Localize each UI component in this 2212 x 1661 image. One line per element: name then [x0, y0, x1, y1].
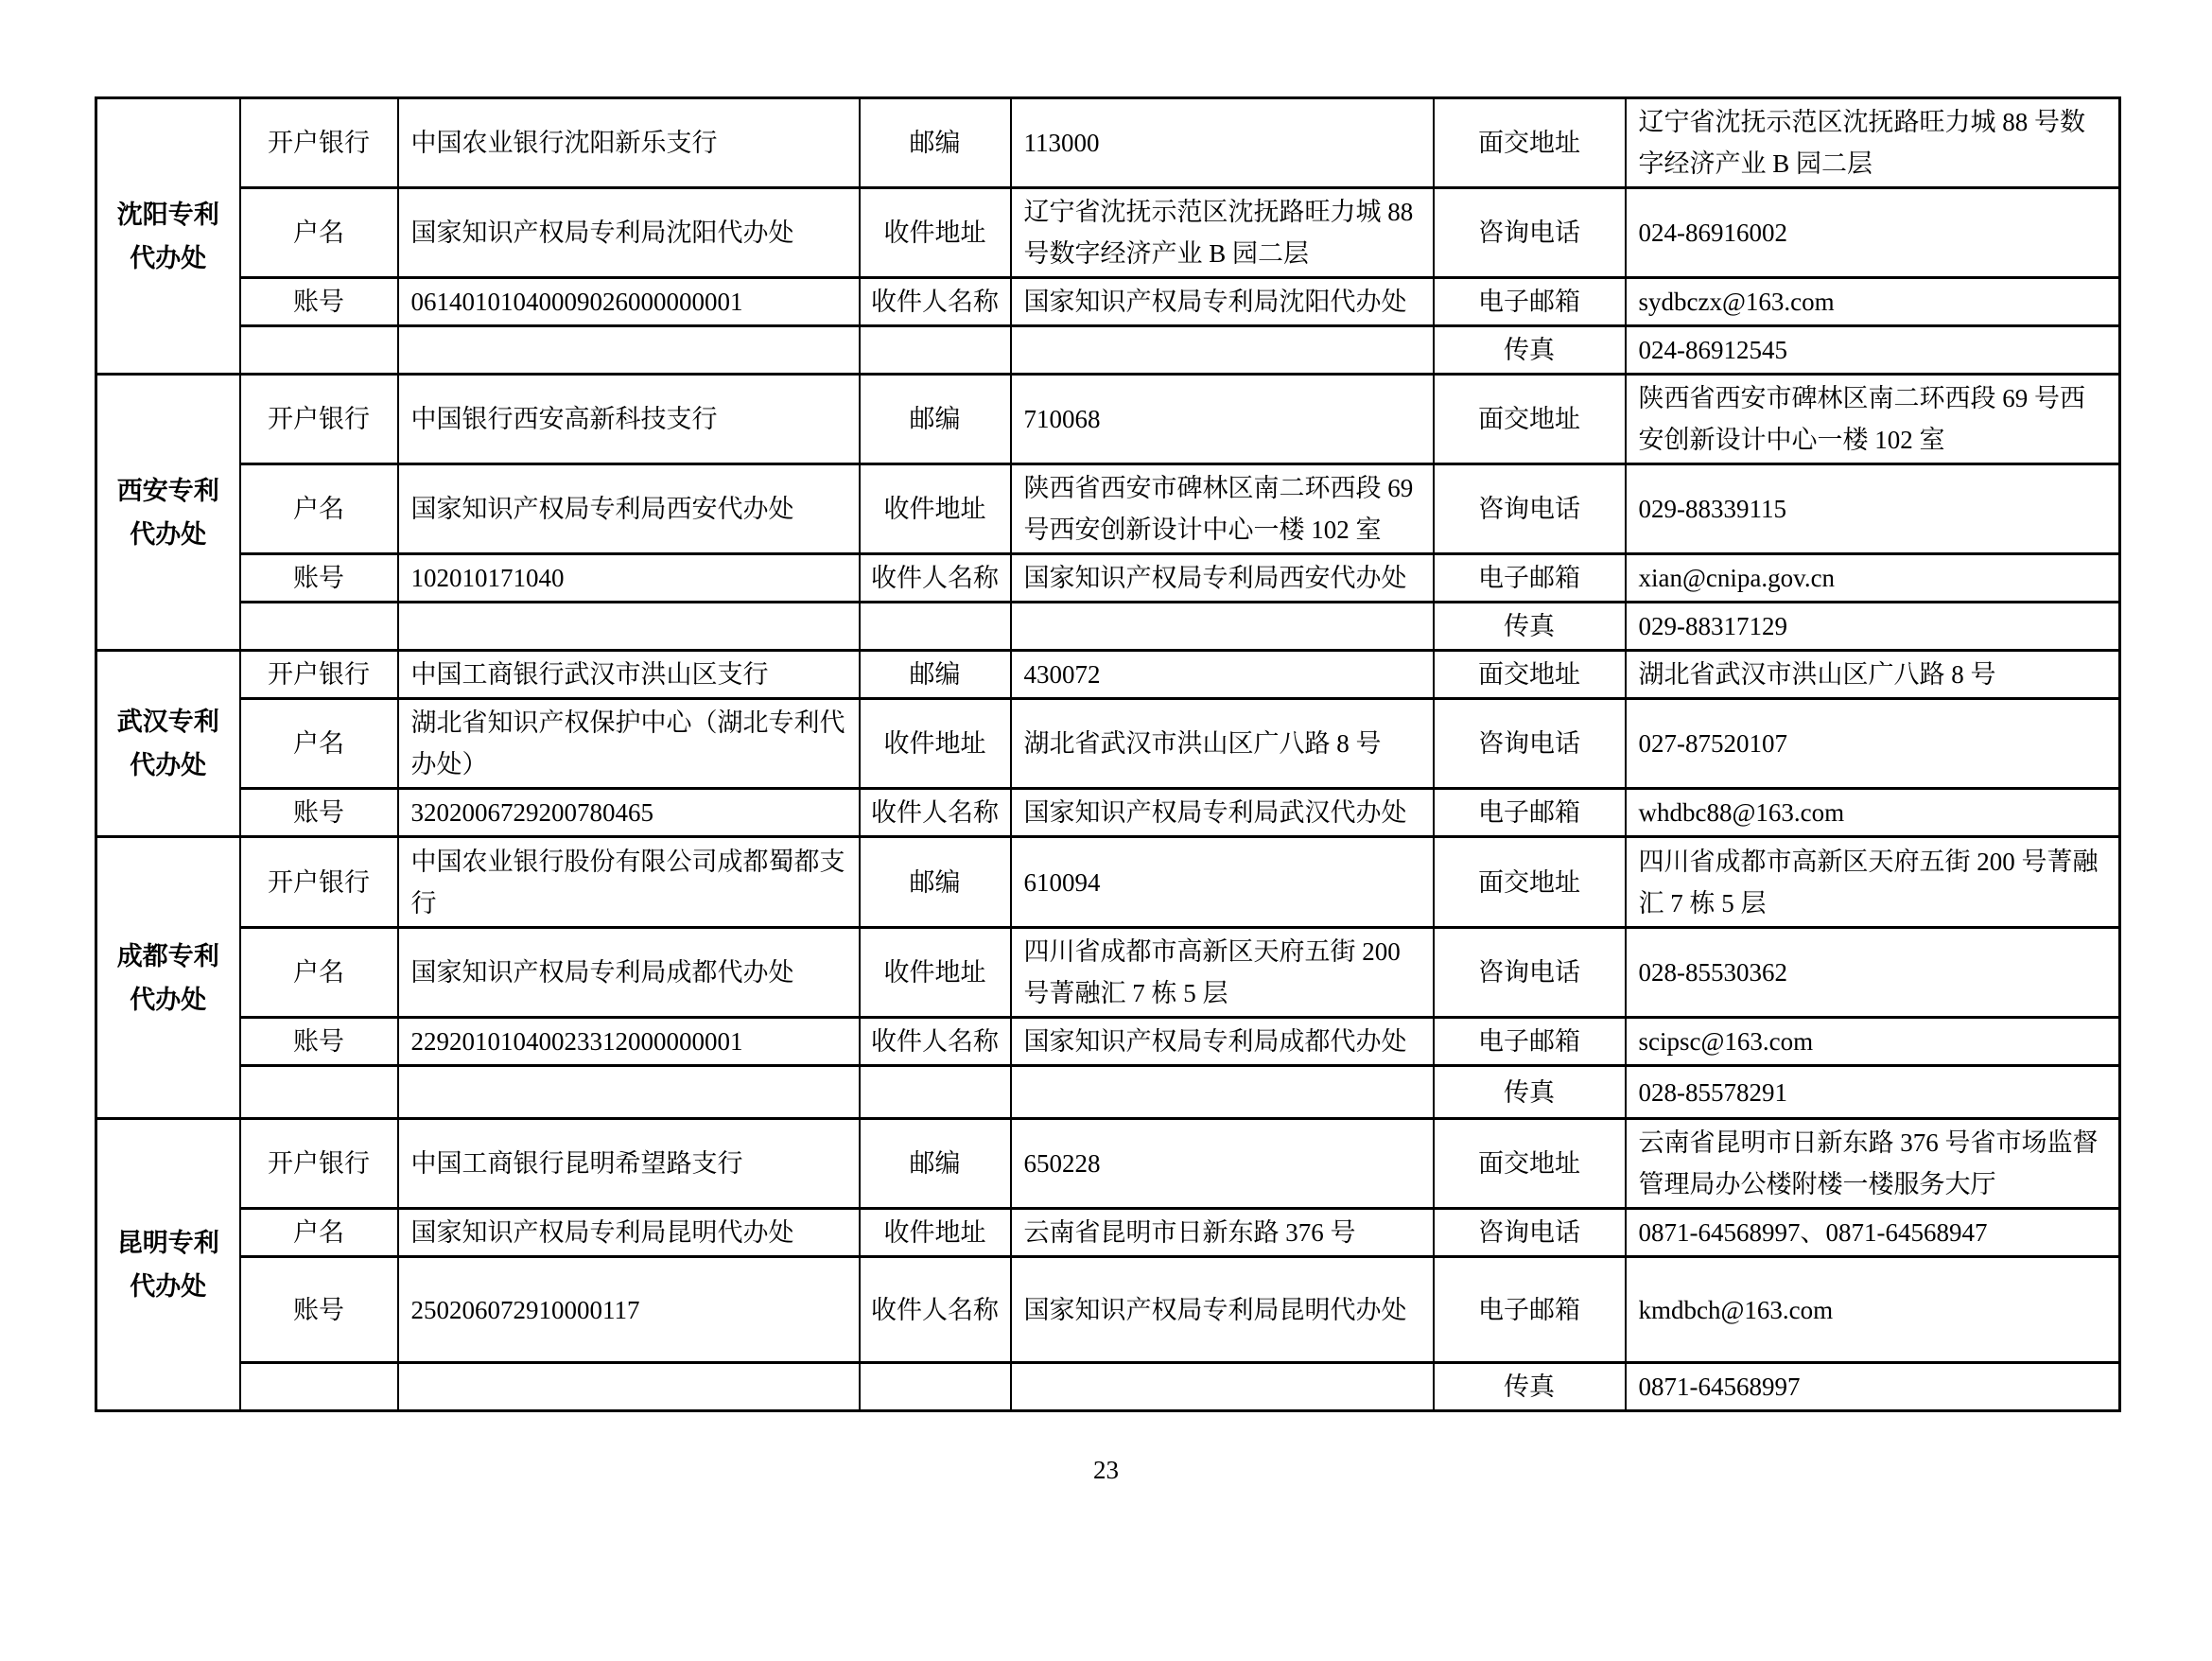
- table-row: 账号 102010171040 收件人名称 国家知识产权局专利局西安代办处 电子…: [96, 554, 2120, 603]
- table-row: 账号 22920101040023312000000001 收件人名称 国家知识…: [96, 1018, 2120, 1066]
- table-row: 传真 028-85578291: [96, 1066, 2120, 1119]
- account-no-value: 22920101040023312000000001: [398, 1018, 860, 1066]
- empty-cell: [860, 1066, 1011, 1119]
- table-row: 户名 国家知识产权局专利局沈阳代办处 收件地址 辽宁省沈抚示范区沈抚路旺力城 8…: [96, 188, 2120, 278]
- email-value: sydbczx@163.com: [1626, 278, 2120, 326]
- bank-value: 中国工商银行昆明希望路支行: [398, 1119, 860, 1209]
- recipient-value: 国家知识产权局专利局武汉代办处: [1011, 789, 1434, 837]
- account-no-label: 账号: [240, 554, 398, 603]
- fax-label: 传真: [1434, 326, 1626, 375]
- visit-address-value: 辽宁省沈抚示范区沈抚路旺力城 88 号数字经济产业 B 园二层: [1626, 98, 2120, 188]
- empty-cell: [860, 603, 1011, 651]
- postal-value: 610094: [1011, 837, 1434, 928]
- visit-address-value: 云南省昆明市日新东路 376 号省市场监督管理局办公楼附楼一楼服务大厅: [1626, 1119, 2120, 1209]
- fax-value: 028-85578291: [1626, 1066, 2120, 1119]
- empty-cell: [1011, 1363, 1434, 1411]
- email-label: 电子邮箱: [1434, 1257, 1626, 1363]
- empty-cell: [860, 1363, 1011, 1411]
- fax-value: 0871-64568997: [1626, 1363, 2120, 1411]
- table-row: 传真 029-88317129: [96, 603, 2120, 651]
- page-number: 23: [0, 1456, 2212, 1484]
- phone-label: 咨询电话: [1434, 188, 1626, 278]
- table-row: 传真 024-86912545: [96, 326, 2120, 375]
- empty-cell: [1011, 603, 1434, 651]
- table-row: 传真 0871-64568997: [96, 1363, 2120, 1411]
- email-value: whdbc88@163.com: [1626, 789, 2120, 837]
- table-row: 户名 国家知识产权局专利局昆明代办处 收件地址 云南省昆明市日新东路 376 号…: [96, 1209, 2120, 1257]
- mail-address-value: 湖北省武汉市洪山区广八路 8 号: [1011, 699, 1434, 789]
- phone-value: 024-86916002: [1626, 188, 2120, 278]
- table-row: 户名 国家知识产权局专利局成都代办处 收件地址 四川省成都市高新区天府五街 20…: [96, 928, 2120, 1018]
- empty-cell: [240, 1066, 398, 1119]
- empty-cell: [240, 603, 398, 651]
- empty-cell: [398, 1066, 860, 1119]
- phone-label: 咨询电话: [1434, 699, 1626, 789]
- fax-label: 传真: [1434, 1066, 1626, 1119]
- mail-address-label: 收件地址: [860, 188, 1011, 278]
- postal-value: 650228: [1011, 1119, 1434, 1209]
- table-row: 户名 湖北省知识产权保护中心（湖北专利代办处） 收件地址 湖北省武汉市洪山区广八…: [96, 699, 2120, 789]
- visit-address-label: 面交地址: [1434, 837, 1626, 928]
- mail-address-label: 收件地址: [860, 1209, 1011, 1257]
- visit-address-value: 四川省成都市高新区天府五街 200 号菁融汇 7 栋 5 层: [1626, 837, 2120, 928]
- account-name-label: 户名: [240, 464, 398, 554]
- mail-address-value: 四川省成都市高新区天府五街 200 号菁融汇 7 栋 5 层: [1011, 928, 1434, 1018]
- account-name-value: 国家知识产权局专利局成都代办处: [398, 928, 860, 1018]
- bank-value: 中国农业银行沈阳新乐支行: [398, 98, 860, 188]
- empty-cell: [398, 603, 860, 651]
- empty-cell: [240, 1363, 398, 1411]
- office-name-wuhan: 武汉专利代办处: [96, 651, 240, 837]
- email-label: 电子邮箱: [1434, 554, 1626, 603]
- empty-cell: [1011, 1066, 1434, 1119]
- mail-address-label: 收件地址: [860, 699, 1011, 789]
- empty-cell: [398, 326, 860, 375]
- office-name-kunming: 昆明专利代办处: [96, 1119, 240, 1411]
- bank-label: 开户银行: [240, 98, 398, 188]
- postal-label: 邮编: [860, 1119, 1011, 1209]
- recipient-label: 收件人名称: [860, 278, 1011, 326]
- postal-label: 邮编: [860, 651, 1011, 699]
- postal-label: 邮编: [860, 98, 1011, 188]
- account-no-value: 3202006729200780465: [398, 789, 860, 837]
- empty-cell: [1011, 326, 1434, 375]
- bank-value: 中国农业银行股份有限公司成都蜀都支行: [398, 837, 860, 928]
- email-value: scipsc@163.com: [1626, 1018, 2120, 1066]
- phone-label: 咨询电话: [1434, 464, 1626, 554]
- phone-value: 029-88339115: [1626, 464, 2120, 554]
- fax-value: 029-88317129: [1626, 603, 2120, 651]
- account-no-label: 账号: [240, 1257, 398, 1363]
- postal-value: 710068: [1011, 375, 1434, 464]
- table-row: 成都专利代办处 开户银行 中国农业银行股份有限公司成都蜀都支行 邮编 61009…: [96, 837, 2120, 928]
- visit-address-label: 面交地址: [1434, 1119, 1626, 1209]
- mail-address-label: 收件地址: [860, 464, 1011, 554]
- bank-value: 中国工商银行武汉市洪山区支行: [398, 651, 860, 699]
- empty-cell: [398, 1363, 860, 1411]
- phone-label: 咨询电话: [1434, 1209, 1626, 1257]
- bank-value: 中国银行西安高新科技支行: [398, 375, 860, 464]
- mail-address-value: 陕西省西安市碑林区南二环西段 69 号西安创新设计中心一楼 102 室: [1011, 464, 1434, 554]
- account-name-label: 户名: [240, 188, 398, 278]
- account-no-label: 账号: [240, 1018, 398, 1066]
- empty-cell: [860, 326, 1011, 375]
- email-value: xian@cnipa.gov.cn: [1626, 554, 2120, 603]
- office-name-xian: 西安专利代办处: [96, 375, 240, 651]
- recipient-label: 收件人名称: [860, 554, 1011, 603]
- recipient-label: 收件人名称: [860, 1018, 1011, 1066]
- table-row: 武汉专利代办处 开户银行 中国工商银行武汉市洪山区支行 邮编 430072 面交…: [96, 651, 2120, 699]
- account-name-label: 户名: [240, 928, 398, 1018]
- phone-value: 027-87520107: [1626, 699, 2120, 789]
- mail-address-value: 云南省昆明市日新东路 376 号: [1011, 1209, 1434, 1257]
- account-name-value: 国家知识产权局专利局昆明代办处: [398, 1209, 860, 1257]
- recipient-value: 国家知识产权局专利局昆明代办处: [1011, 1257, 1434, 1363]
- account-no-value: 250206072910000117: [398, 1257, 860, 1363]
- phone-label: 咨询电话: [1434, 928, 1626, 1018]
- visit-address-value: 陕西省西安市碑林区南二环西段 69 号西安创新设计中心一楼 102 室: [1626, 375, 2120, 464]
- recipient-label: 收件人名称: [860, 1257, 1011, 1363]
- recipient-value: 国家知识产权局专利局成都代办处: [1011, 1018, 1434, 1066]
- office-name-shenyang: 沈阳专利代办处: [96, 98, 240, 375]
- email-label: 电子邮箱: [1434, 1018, 1626, 1066]
- bank-label: 开户银行: [240, 1119, 398, 1209]
- visit-address-label: 面交地址: [1434, 651, 1626, 699]
- postal-value: 430072: [1011, 651, 1434, 699]
- mail-address-value: 辽宁省沈抚示范区沈抚路旺力城 88 号数字经济产业 B 园二层: [1011, 188, 1434, 278]
- account-no-value: 102010171040: [398, 554, 860, 603]
- visit-address-label: 面交地址: [1434, 98, 1626, 188]
- account-no-label: 账号: [240, 789, 398, 837]
- table-row: 西安专利代办处 开户银行 中国银行西安高新科技支行 邮编 710068 面交地址…: [96, 375, 2120, 464]
- bank-label: 开户银行: [240, 837, 398, 928]
- bank-label: 开户银行: [240, 375, 398, 464]
- table-row: 沈阳专利代办处 开户银行 中国农业银行沈阳新乐支行 邮编 113000 面交地址…: [96, 98, 2120, 188]
- account-name-value: 国家知识产权局专利局沈阳代办处: [398, 188, 860, 278]
- recipient-label: 收件人名称: [860, 789, 1011, 837]
- recipient-value: 国家知识产权局专利局西安代办处: [1011, 554, 1434, 603]
- email-label: 电子邮箱: [1434, 789, 1626, 837]
- empty-cell: [240, 326, 398, 375]
- office-name-chengdu: 成都专利代办处: [96, 837, 240, 1119]
- table-row: 账号 06140101040009026000000001 收件人名称 国家知识…: [96, 278, 2120, 326]
- table-row: 账号 250206072910000117 收件人名称 国家知识产权局专利局昆明…: [96, 1257, 2120, 1363]
- fax-label: 传真: [1434, 603, 1626, 651]
- table-row: 账号 3202006729200780465 收件人名称 国家知识产权局专利局武…: [96, 789, 2120, 837]
- fax-label: 传真: [1434, 1363, 1626, 1411]
- mail-address-label: 收件地址: [860, 928, 1011, 1018]
- bank-label: 开户银行: [240, 651, 398, 699]
- postal-label: 邮编: [860, 375, 1011, 464]
- account-name-label: 户名: [240, 699, 398, 789]
- account-no-value: 06140101040009026000000001: [398, 278, 860, 326]
- document-page: { "page_number": "23", "labels": { "bank…: [0, 96, 2212, 1661]
- recipient-value: 国家知识产权局专利局沈阳代办处: [1011, 278, 1434, 326]
- account-no-label: 账号: [240, 278, 398, 326]
- account-name-value: 国家知识产权局专利局西安代办处: [398, 464, 860, 554]
- phone-value: 0871-64568997、0871-64568947: [1626, 1209, 2120, 1257]
- phone-value: 028-85530362: [1626, 928, 2120, 1018]
- visit-address-value: 湖北省武汉市洪山区广八路 8 号: [1626, 651, 2120, 699]
- account-name-value: 湖北省知识产权保护中心（湖北专利代办处）: [398, 699, 860, 789]
- account-name-label: 户名: [240, 1209, 398, 1257]
- postal-value: 113000: [1011, 98, 1434, 188]
- fax-value: 024-86912545: [1626, 326, 2120, 375]
- table-row: 户名 国家知识产权局专利局西安代办处 收件地址 陕西省西安市碑林区南二环西段 6…: [96, 464, 2120, 554]
- visit-address-label: 面交地址: [1434, 375, 1626, 464]
- postal-label: 邮编: [860, 837, 1011, 928]
- patent-office-table: 沈阳专利代办处 开户银行 中国农业银行沈阳新乐支行 邮编 113000 面交地址…: [95, 96, 2121, 1412]
- email-label: 电子邮箱: [1434, 278, 1626, 326]
- table-row: 昆明专利代办处 开户银行 中国工商银行昆明希望路支行 邮编 650228 面交地…: [96, 1119, 2120, 1209]
- email-value: kmdbch@163.com: [1626, 1257, 2120, 1363]
